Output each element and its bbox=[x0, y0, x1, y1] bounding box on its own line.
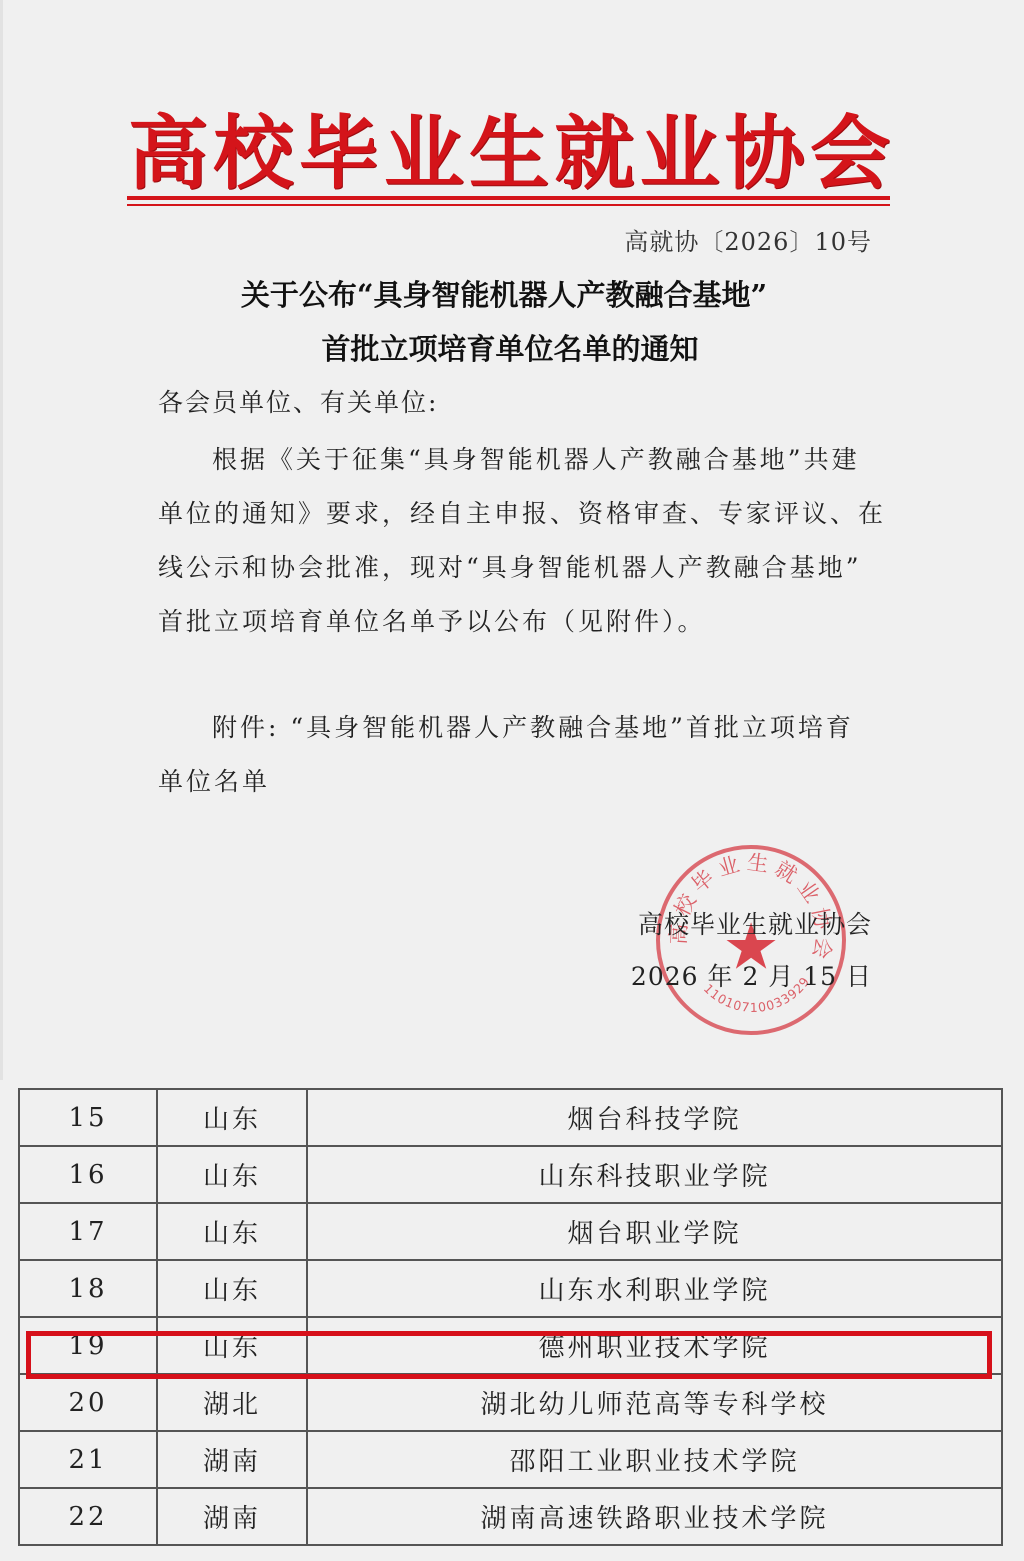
masthead-char: 会 bbox=[810, 89, 890, 204]
unit-list-table: 15 山东 烟台科技学院 16 山东 山东科技职业学院 17 山东 烟台职业学院… bbox=[18, 1088, 1003, 1546]
masthead-char: 生 bbox=[469, 89, 549, 204]
attachment-line: 单位名单 bbox=[158, 755, 874, 809]
row-province: 山东 bbox=[157, 1317, 307, 1374]
document-title-line1: 关于公布“具身智能机器人产教融合基地” bbox=[0, 273, 1016, 314]
masthead-char: 协 bbox=[725, 89, 805, 204]
table-row: 16 山东 山东科技职业学院 bbox=[19, 1146, 1002, 1203]
attachment-line: 附件: “具身智能机器人产教融合基地”首批立项培育 bbox=[158, 701, 874, 755]
masthead-char: 业 bbox=[384, 89, 464, 204]
row-number: 15 bbox=[19, 1089, 157, 1146]
table-row: 15 山东 烟台科技学院 bbox=[19, 1089, 1002, 1146]
row-province: 山东 bbox=[157, 1203, 307, 1260]
masthead-char: 高 bbox=[128, 89, 208, 204]
table-row: 22 湖南 湖南高速铁路职业技术学院 bbox=[19, 1488, 1002, 1545]
row-province: 山东 bbox=[157, 1260, 307, 1317]
row-school: 邵阳工业职业技术学院 bbox=[307, 1431, 1002, 1488]
attachment-note: 附件: “具身智能机器人产教融合基地”首批立项培育 单位名单 bbox=[158, 701, 874, 809]
signature-org: 高校毕业生就业协会 bbox=[638, 905, 872, 941]
table-row: 17 山东 烟台职业学院 bbox=[19, 1203, 1002, 1260]
row-number: 21 bbox=[19, 1431, 157, 1488]
table-row-highlighted: 19 山东 德州职业技术学院 bbox=[19, 1317, 1002, 1374]
page-edge bbox=[0, 0, 3, 1080]
document-title-line2: 首批立项培育单位名单的通知 bbox=[0, 327, 1022, 368]
row-number: 16 bbox=[19, 1146, 157, 1203]
body-line: 线公示和协会批准，现对“具身智能机器人产教融合基地” bbox=[158, 541, 874, 595]
row-number: 20 bbox=[19, 1374, 157, 1431]
row-number: 22 bbox=[19, 1488, 157, 1545]
masthead-char: 业 bbox=[640, 89, 720, 204]
masthead-char: 就 bbox=[554, 89, 634, 204]
masthead-char: 毕 bbox=[299, 89, 379, 204]
row-number: 19 bbox=[19, 1317, 157, 1374]
row-province: 湖南 bbox=[157, 1431, 307, 1488]
row-province: 山东 bbox=[157, 1146, 307, 1203]
table-row: 21 湖南 邵阳工业职业技术学院 bbox=[19, 1431, 1002, 1488]
row-province: 湖北 bbox=[157, 1374, 307, 1431]
attachment-table-section: 15 山东 烟台科技学院 16 山东 山东科技职业学院 17 山东 烟台职业学院… bbox=[0, 1080, 1024, 1561]
row-school: 湖南高速铁路职业技术学院 bbox=[307, 1488, 1002, 1545]
row-province: 山东 bbox=[157, 1089, 307, 1146]
document-date: 2026 年 2 月 15 日 bbox=[631, 957, 872, 993]
row-school: 山东水利职业学院 bbox=[307, 1260, 1002, 1317]
row-number: 17 bbox=[19, 1203, 157, 1260]
table-row: 18 山东 山东水利职业学院 bbox=[19, 1260, 1002, 1317]
row-school: 烟台科技学院 bbox=[307, 1089, 1002, 1146]
row-province: 湖南 bbox=[157, 1488, 307, 1545]
row-school: 烟台职业学院 bbox=[307, 1203, 1002, 1260]
masthead-rule-thin bbox=[127, 204, 890, 206]
table-row: 20 湖北 湖北幼儿师范高等专科学校 bbox=[19, 1374, 1002, 1431]
body-paragraph: 根据《关于征集“具身智能机器人产教融合基地”共建 单位的通知》要求，经自主申报、… bbox=[158, 433, 874, 649]
body-line: 单位的通知》要求，经自主申报、资格审查、专家评议、在 bbox=[158, 487, 874, 541]
document-number: 高就协〔2026〕10号 bbox=[624, 222, 872, 257]
body-line: 根据《关于征集“具身智能机器人产教融合基地”共建 bbox=[158, 433, 874, 487]
row-school: 湖北幼儿师范高等专科学校 bbox=[307, 1374, 1002, 1431]
masthead: 高 校 毕 业 生 就 业 协 会 bbox=[128, 96, 890, 196]
row-school: 山东科技职业学院 bbox=[307, 1146, 1002, 1203]
salutation: 各会员单位、有关单位: bbox=[158, 383, 438, 419]
row-number: 18 bbox=[19, 1260, 157, 1317]
row-school: 德州职业技术学院 bbox=[307, 1317, 1002, 1374]
masthead-rule-thick bbox=[127, 196, 890, 200]
notice-page: 高 校 毕 业 生 就 业 协 会 高就协〔2026〕10号 关于公布“具身智能… bbox=[0, 0, 1024, 1080]
masthead-char: 校 bbox=[213, 89, 293, 204]
body-line: 首批立项培育单位名单予以公布（见附件）。 bbox=[158, 595, 874, 649]
